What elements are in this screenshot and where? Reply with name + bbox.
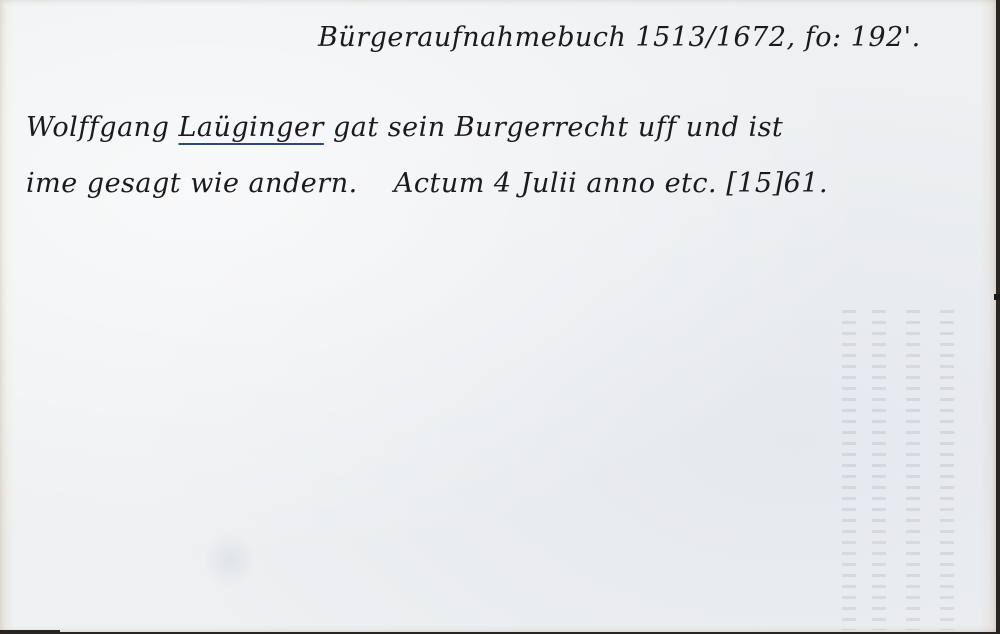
paper-stain [205, 530, 255, 590]
surname-underlined: Laüginger [178, 112, 323, 143]
given-name: Wolffgang [26, 112, 169, 143]
entry-line-1: Wolffgang Laüginger gat sein Burgerrecht… [26, 112, 783, 143]
entry-text-2: ime gesagt wie andern. [26, 168, 358, 199]
corner-shadow [0, 630, 60, 634]
bleed-through-column [872, 310, 886, 630]
entry-line-2: ime gesagt wie andern. Actum 4 Julii ann… [26, 168, 828, 199]
bleed-through-column [940, 310, 954, 630]
folio-reference: fo: 192'. [805, 22, 921, 53]
index-card: Bürgeraufnahmebuch 1513/1672, fo: 192'. … [0, 0, 996, 632]
source-reference: Bürgeraufnahmebuch 1513/1672, [318, 22, 796, 53]
bleed-through-column [906, 310, 920, 630]
card-header: Bürgeraufnahmebuch 1513/1672, fo: 192'. [318, 22, 921, 53]
entry-text-1: gat sein Burgerrecht uff und ist [333, 112, 783, 143]
entry-date: Actum 4 Julii anno etc. [15]61. [394, 168, 828, 199]
edge-mark [994, 294, 1000, 300]
bleed-through-column [842, 310, 856, 630]
